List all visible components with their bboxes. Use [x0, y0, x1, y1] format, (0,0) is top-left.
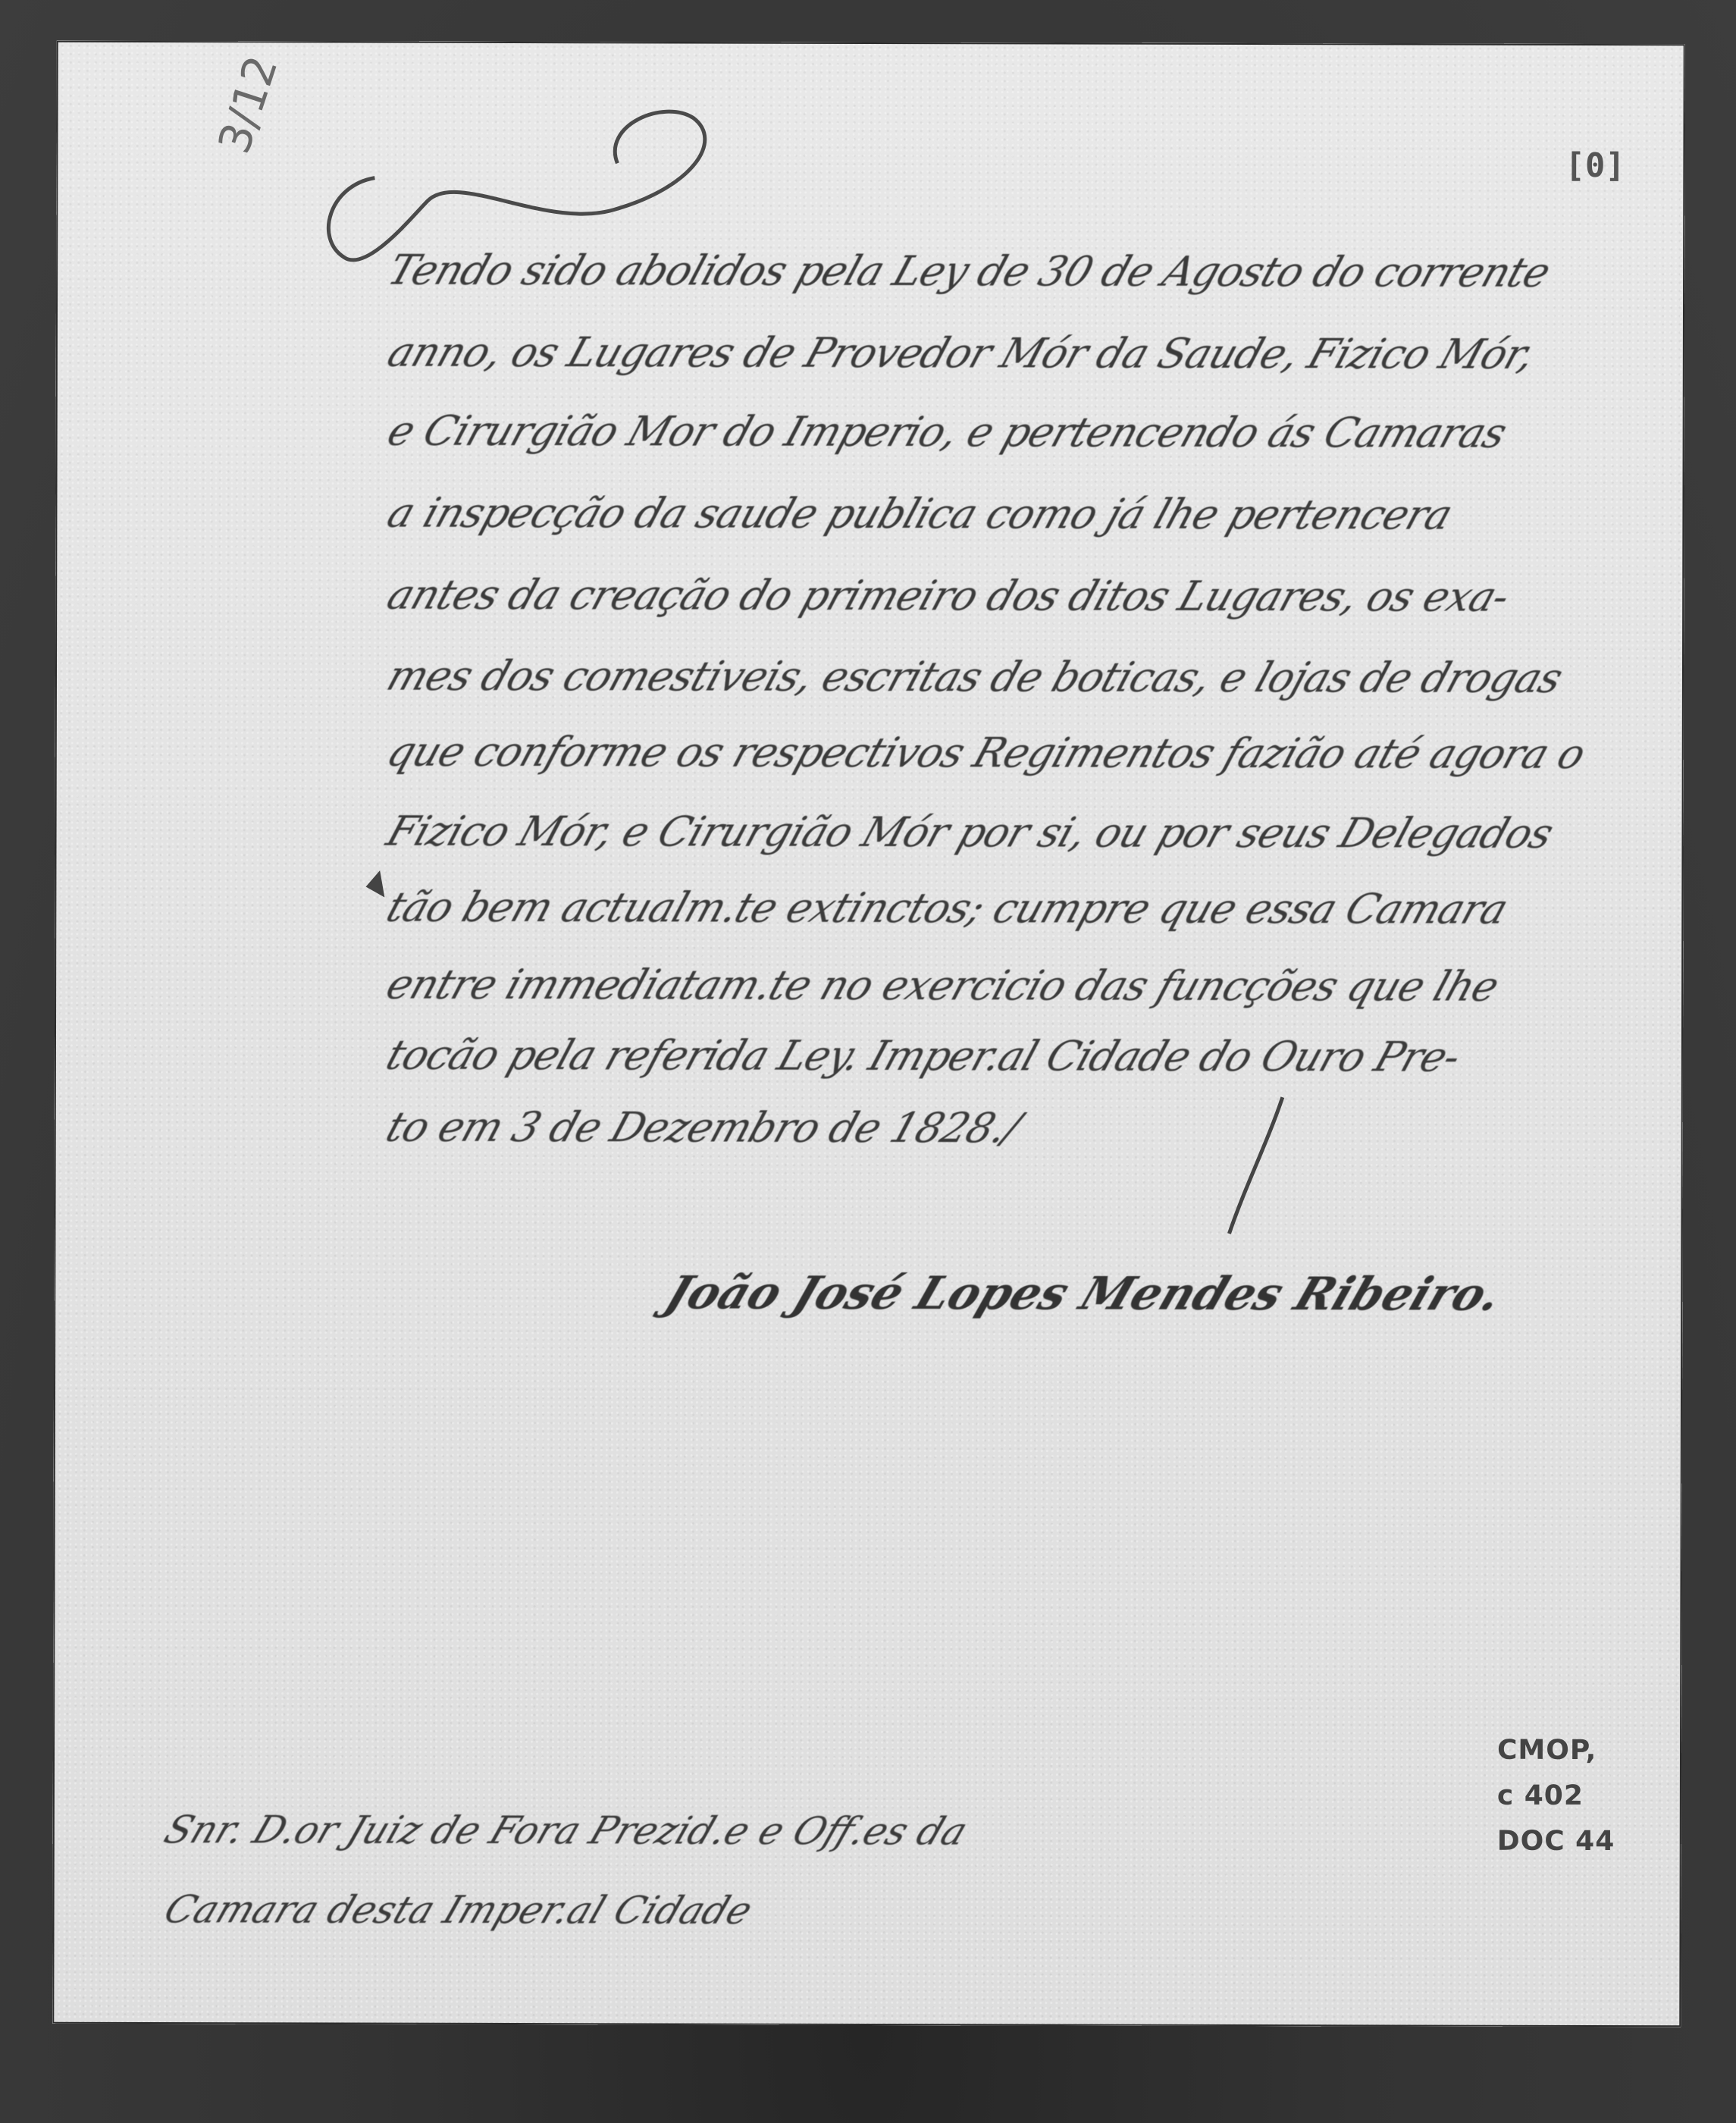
letter-sheet: 3/12 [0] Tendo sido abolidos pela Ley de… — [52, 41, 1684, 2027]
body-line-8: Fizico Mór, e Cirurgião Mór por si, ou p… — [381, 807, 1559, 858]
body-line-2: anno, os Lugares de Provedor Mór da Saud… — [382, 328, 1540, 378]
body-line-6: mes dos comestiveis, escritas de boticas… — [381, 652, 1568, 702]
margin-arrow-icon — [363, 870, 384, 900]
body-line-4: a inspecção da saude publica como já lhe… — [381, 489, 1458, 539]
body-line-11: tocão pela referida Ley. Imper.al Cidade… — [381, 1031, 1466, 1081]
signature: João José Lopes Mendes Ribeiro. — [658, 1266, 1509, 1321]
addressee-line-2: Camara desta Imper.al Cidade — [158, 1887, 759, 1933]
body-line-9: tão bem actualm.te extinctos; cumpre que… — [381, 883, 1513, 933]
date-closing-stroke-icon — [1206, 1090, 1297, 1241]
body-line-7: que conforme os respectivos Regimentos f… — [381, 728, 1591, 778]
page-number-annotation: 3/12 — [208, 49, 287, 159]
archive-reference-line-1: CMOP, — [1497, 1735, 1597, 1766]
body-line-12: to em 3 de Dezembro de 1828./ — [381, 1103, 1026, 1152]
archive-reference-line-2: c 402 — [1497, 1780, 1584, 1811]
addressee-line-1: Snr. D.or Juiz de Fora Prezid.e e Off.es… — [158, 1808, 973, 1853]
body-line-10: entre immediatam.te no exercicio das fun… — [381, 961, 1505, 1011]
body-line-3: e Cirurgião Mor do Imperio, e pertencend… — [382, 407, 1512, 457]
archive-reference-line-3: DOC 44 — [1497, 1826, 1615, 1857]
body-line-5: antes da creação do primeiro dos ditos L… — [381, 571, 1515, 621]
body-line-1: Tendo sido abolidos pela Ley de 30 de Ag… — [382, 246, 1556, 296]
folio-mark: [0] — [1565, 146, 1625, 185]
